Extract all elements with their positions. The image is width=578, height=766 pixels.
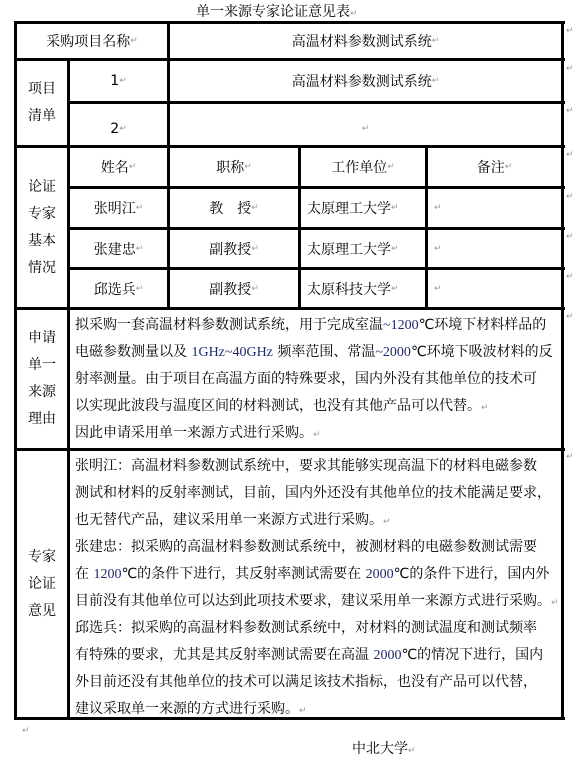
paragraph-mark-icon: ↵ (251, 244, 259, 254)
paragraph-mark-icon: ↵ (391, 284, 399, 294)
text-line: 也无替代产品，建议采用单一来源方式进行采购。↵ (75, 507, 561, 534)
paragraph-mark-icon: ↵ (119, 124, 127, 134)
document-title: 单一来源专家论证意见表↵ (196, 3, 358, 23)
paragraph-mark-icon: ↵ (432, 76, 440, 86)
table-border-right (561, 21, 564, 720)
expert-remark: ↵ (428, 270, 561, 307)
text-line: 因此申请采用单一来源方式进行采购。↵ (75, 420, 561, 447)
paragraph-mark-icon: ↵ (119, 76, 127, 86)
paragraph-mark-icon: ↵ (432, 36, 440, 46)
paragraph-mark-icon: ↵ (244, 162, 252, 172)
procurement-name-value: 高温材料参数测试系统↵ (170, 24, 561, 58)
paragraph-mark-icon: ↵ (350, 9, 358, 19)
text-line: 张明江：高温材料参数测试系统中，要求其能够实现高温下的材料电磁参数 (75, 453, 561, 480)
text-line: 电磁参数测量以及 1GHz~40GHz 频率范围、常温~2000℃环境下吸波材料… (75, 339, 561, 366)
paragraph-mark-icon: ↵ (434, 203, 442, 213)
expert-unit: 太原理工大学↵ (301, 230, 425, 267)
item-name: ↵ (170, 112, 561, 145)
expert-name: 邱选兵↵ (70, 270, 167, 307)
paragraph-mark-icon: ↵ (129, 162, 137, 172)
paragraph-mark-icon: ↵ (434, 244, 442, 254)
paragraph-mark-icon: ↵ (505, 162, 513, 172)
procurement-name-label: 采购项目名称↵ (17, 24, 167, 58)
paragraph-mark-icon: ↵ (362, 124, 370, 134)
header-name: 姓名↵ (70, 148, 167, 186)
opinions-label: 专家 论证 意见 (17, 451, 67, 717)
text-line: 有特殊的要求，尤其是其反射率测试需要在高温 2000℃的情况下进行，国内 (75, 642, 561, 669)
header-unit: 工作单位↵ (301, 148, 425, 186)
paragraph-mark-icon: ↵ (391, 244, 399, 254)
text-line: 以实现此波段与温度区间的材料测试，也没有其他产品可以代替。↵ (75, 393, 561, 420)
paragraph-mark-icon: ↵ (313, 430, 321, 440)
text-line: 拟采购一套高温材料参数测试系统，用于完成室温~1200℃环境下材料样品的 (75, 312, 561, 339)
expert-name: 张建忠↵ (70, 230, 167, 267)
paragraph-mark-icon: ↵ (408, 746, 416, 756)
paragraph-mark-icon: ↵ (22, 726, 30, 736)
row-end-mark-icon: ↵ (566, 106, 574, 116)
row-end-mark-icon: ↵ (566, 64, 574, 74)
expert-title: 副教授↵ (170, 270, 298, 307)
row-divider (15, 307, 565, 310)
paragraph-mark-icon: ↵ (481, 403, 489, 413)
row-end-mark-icon: ↵ (566, 150, 574, 160)
expert-unit: 太原理工大学↵ (301, 189, 425, 227)
text-line: 在 1200℃的条件下进行，其反射率测试需要在 2000℃的条件下进行，国内外 (75, 561, 561, 588)
row-divider (15, 448, 565, 451)
paragraph-mark-icon: ↵ (136, 203, 144, 213)
expert-remark: ↵ (428, 230, 561, 267)
paragraph-mark-icon: ↵ (551, 598, 559, 608)
expert-name: 张明江↵ (70, 189, 167, 227)
footer-organization: 中北大学↵ (352, 738, 416, 758)
experts-label: 论证 专家 基本 情况 (17, 148, 67, 307)
row-end-mark-icon: ↵ (566, 272, 574, 282)
opinions-text: 张明江：高温材料参数测试系统中，要求其能够实现高温下的材料电磁参数 测试和材料的… (75, 453, 561, 723)
row-end-mark-icon: ↵ (566, 192, 574, 202)
expert-unit: 太原科技大学↵ (301, 270, 425, 307)
text-line: 张建忠：拟采购的高温材料参数测试系统中，被测材料的电磁参数测试需要 (75, 534, 561, 561)
paragraph-mark-icon: ↵ (434, 284, 442, 294)
expert-remark: ↵ (428, 189, 561, 227)
paragraph-mark-icon: ↵ (391, 203, 399, 213)
text-line: 外目前还没有其他单位的技术可以满足该技术指标，也没有产品可以代替， (75, 669, 561, 696)
paragraph-mark-icon: ↵ (136, 284, 144, 294)
header-remark: 备注↵ (428, 148, 561, 186)
row-end-mark-icon: ↵ (566, 232, 574, 242)
text-line: 邱选兵：拟采购的高温材料参数测试系统中，对材料的测试温度和测试频率 (75, 615, 561, 642)
reason-text: 拟采购一套高温材料参数测试系统，用于完成室温~1200℃环境下材料样品的 电磁参… (75, 312, 561, 447)
text-line: 建议采取单一来源的方式进行采购。↵ (75, 696, 561, 723)
text-line: 测试和材料的反射率测试，目前，国内外还没有其他单位的技术能满足要求， (75, 480, 561, 507)
expert-title: 教 授↵ (170, 189, 298, 227)
paragraph-mark-icon: ↵ (136, 244, 144, 254)
text-line: 射率测量。由于项目在高温方面的特殊要求，国内外没有其他单位的技术可 (75, 366, 561, 393)
row-divider (68, 101, 565, 104)
paragraph-mark-icon: ↵ (299, 706, 307, 716)
paragraph-mark-icon: ↵ (130, 36, 138, 46)
text-line: 目前没有其他单位可以达到此项技术要求，建议采用单一来源方式进行采购。↵ (75, 588, 561, 615)
reason-label: 申请 单一 来源 理由 (17, 310, 67, 448)
paragraph-mark-icon: ↵ (251, 203, 259, 213)
paragraph-mark-icon: ↵ (387, 162, 395, 172)
row-end-mark-icon: ↵ (566, 312, 574, 322)
item-index: 1↵ (70, 61, 167, 101)
row-end-mark-icon: ↵ (566, 26, 574, 36)
row-end-mark-icon: ↵ (566, 452, 574, 462)
item-list-label: 项目 清单 (17, 61, 67, 145)
expert-title: 副教授↵ (170, 230, 298, 267)
header-title: 职称↵ (170, 148, 298, 186)
paragraph-mark-icon: ↵ (383, 517, 391, 527)
item-index: 2↵ (70, 112, 167, 145)
paragraph-mark-icon: ↵ (251, 284, 259, 294)
item-name: 高温材料参数测试系统↵ (170, 61, 561, 101)
